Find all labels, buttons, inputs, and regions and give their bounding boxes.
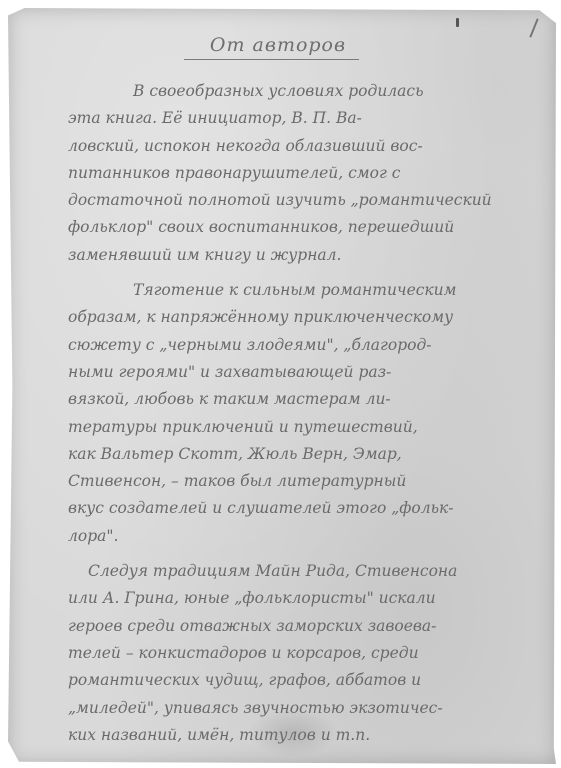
text-line: В своеобразных условиях родилась <box>68 78 538 105</box>
text-line: вкус создателей и слушателей этого „фоль… <box>68 495 538 522</box>
paper-stain <box>248 708 338 758</box>
text-line: Следуя традициям Майн Рида, Стивенсона <box>68 558 538 585</box>
text-line: ными героями" и захватывающей раз- <box>68 359 538 386</box>
text-line: эта книга. Её инициатор, В. П. Ва- <box>68 105 538 132</box>
text-line: тературы приключений и путешествий, <box>68 414 538 441</box>
title-underline <box>184 59 359 60</box>
page-title: От авторов <box>193 34 363 56</box>
text-line: ловский, испокон некогда облазивший вос- <box>68 133 538 160</box>
text-line: героев среди отважных заморских завоева- <box>68 613 538 640</box>
text-line: достаточной полнотой изучить „романтичес… <box>68 187 538 214</box>
text-line: вязкой, любовь к таким мастерам ли- <box>68 386 538 413</box>
paragraph-2: Тяготение к сильным романтическим образа… <box>68 277 538 550</box>
text-line: телей – конкистадоров и корсаров, среди <box>68 640 538 667</box>
text-line: сюжету с „черными злодеями", „благород- <box>68 332 538 359</box>
text-line: образам, к напряжённому приключенческому <box>68 304 538 331</box>
text-line: Тяготение к сильным романтическим <box>68 277 538 304</box>
text-line: или А. Грина, юные „фольклористы" искали <box>68 585 538 612</box>
text-line: фольклор" своих воспитанников, перешедши… <box>68 214 538 241</box>
scanned-page: От авторов В своеобразных условиях родил… <box>8 8 556 764</box>
text-line: как Вальтер Скотт, Жюль Верн, Эмар, <box>68 441 538 468</box>
paragraph-1: В своеобразных условиях родилась эта кни… <box>68 78 538 269</box>
page-number-mark <box>529 18 538 37</box>
handwritten-body: В своеобразных условиях родилась эта кни… <box>68 78 538 749</box>
text-line: лора". <box>68 523 538 550</box>
text-line: Стивенсон, – таков был литературный <box>68 468 538 495</box>
text-line: заменявший им книгу и журнал. <box>68 242 538 269</box>
ink-mark <box>456 18 459 27</box>
text-line: питанников правонарушителей, смог с <box>68 160 538 187</box>
text-line: романтических чудищ, графов, аббатов и <box>68 667 538 694</box>
